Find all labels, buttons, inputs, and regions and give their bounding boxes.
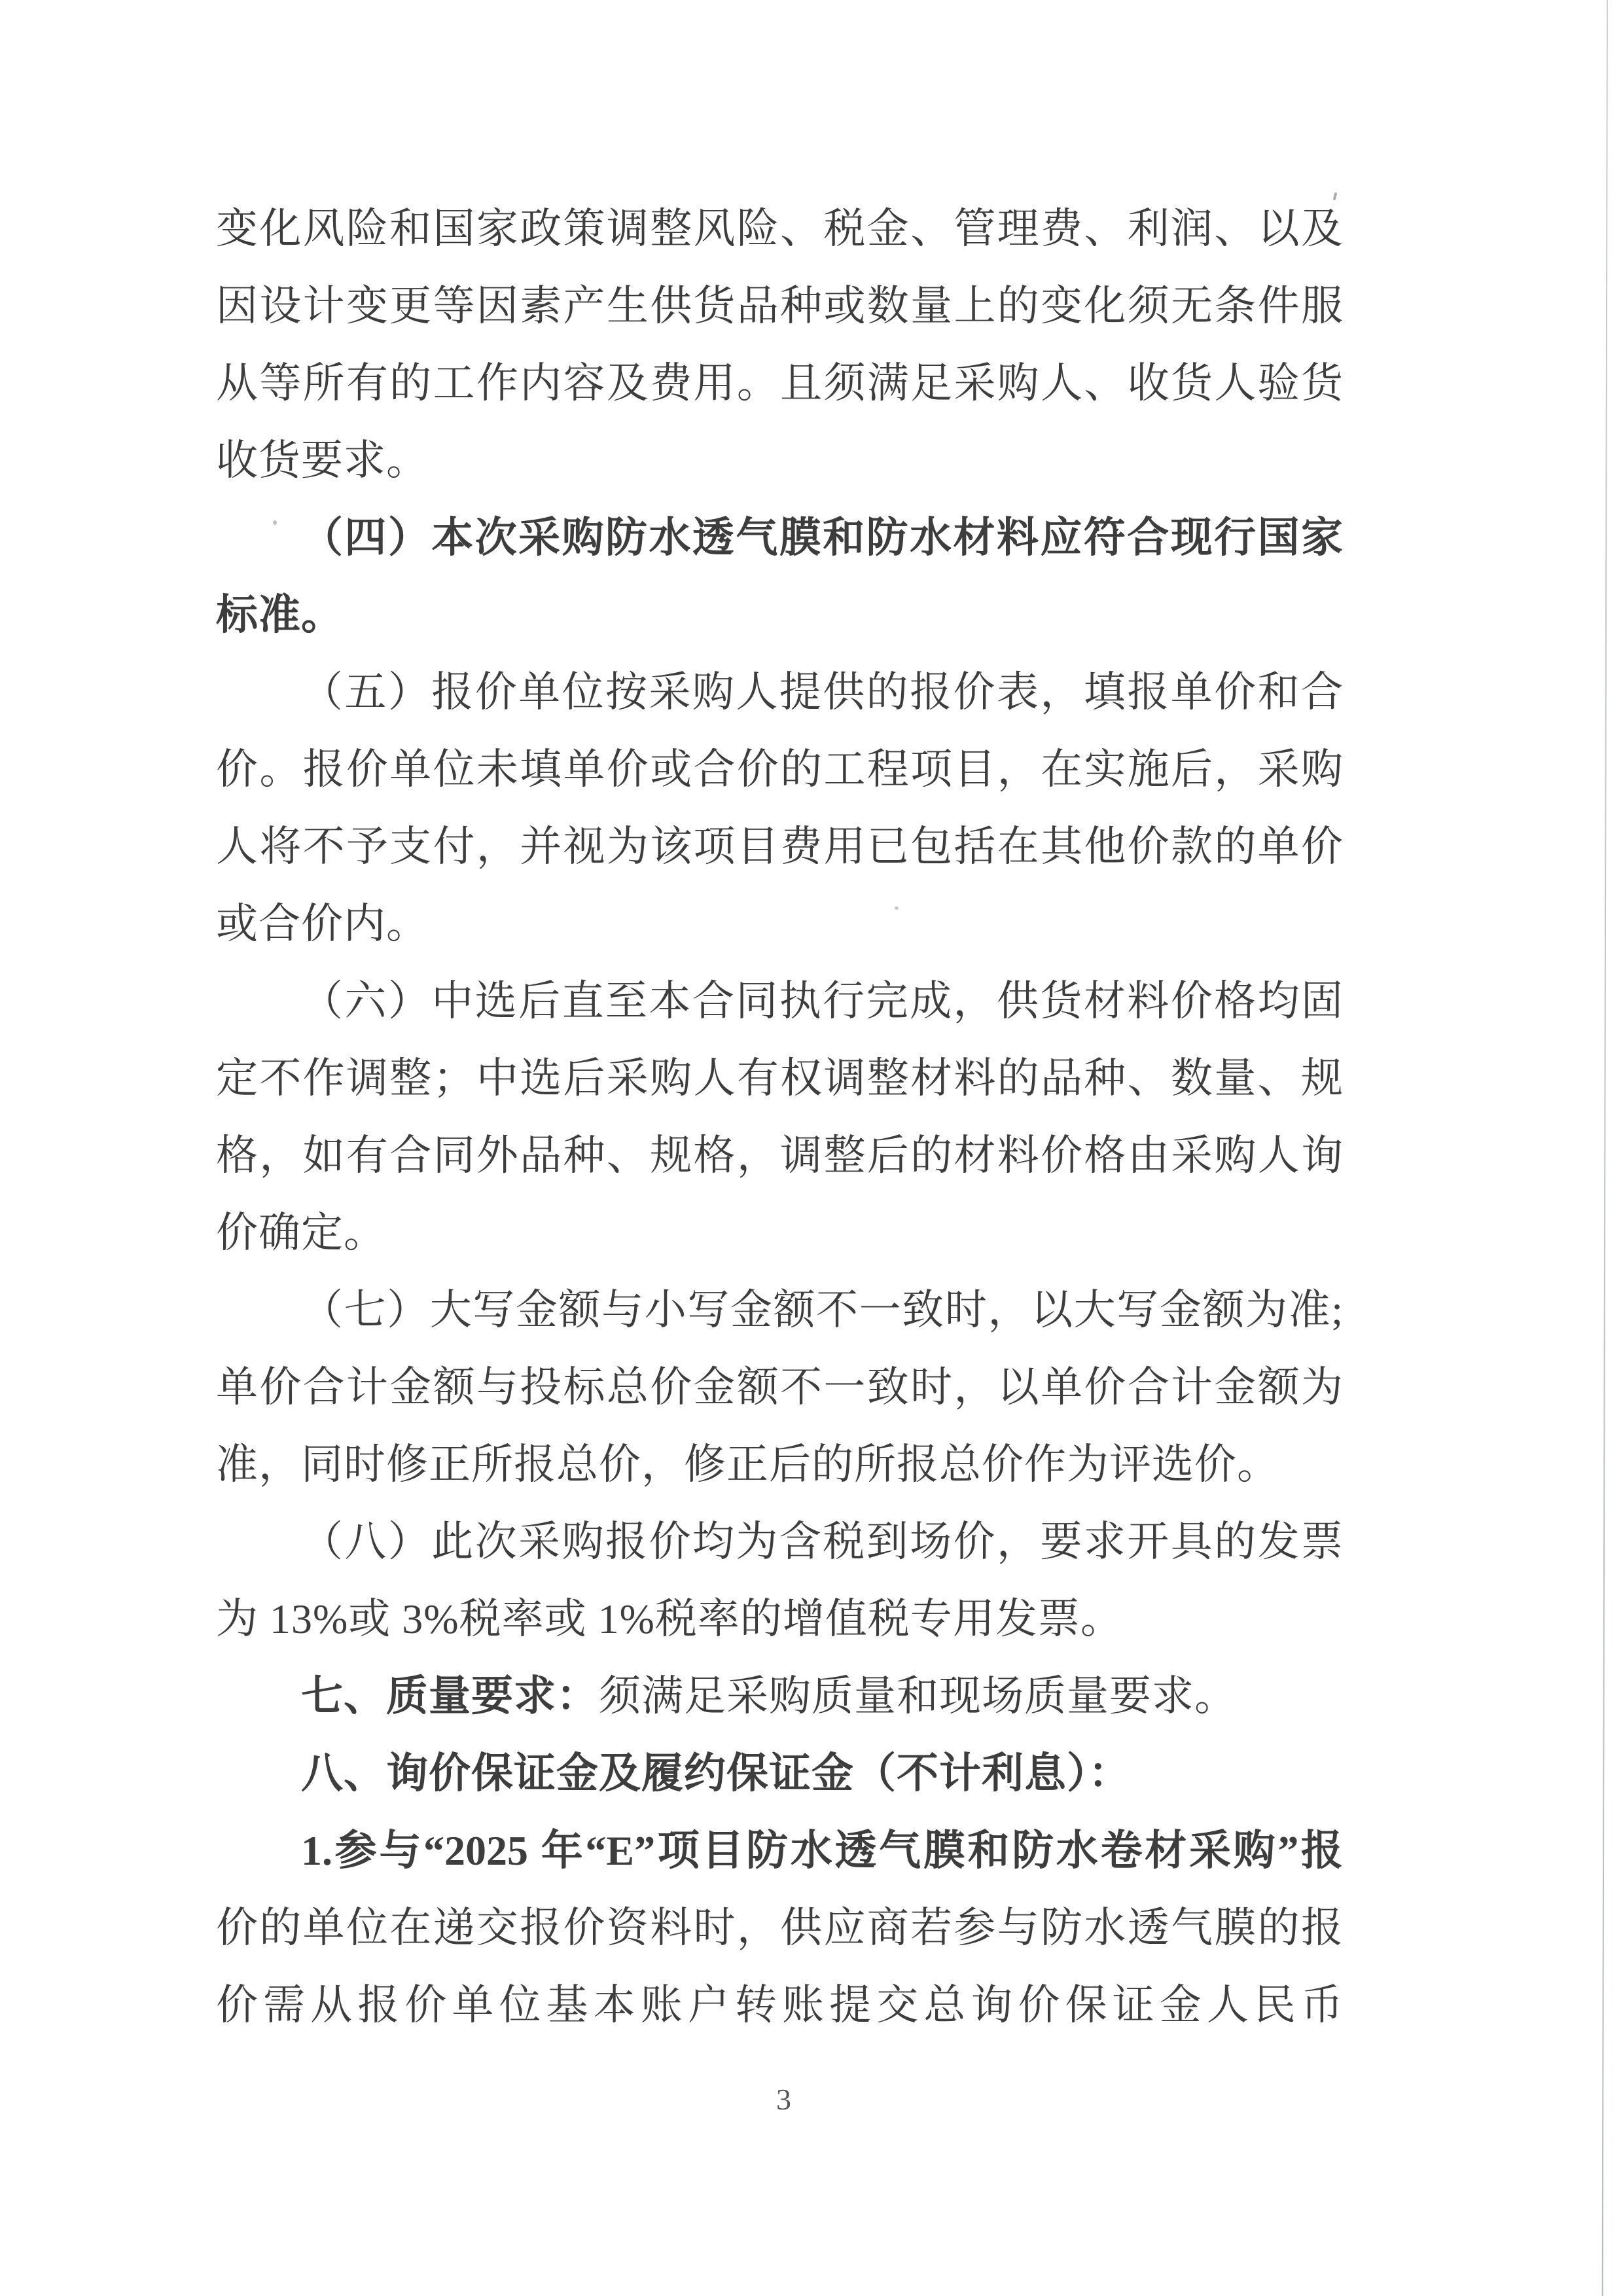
- quality-heading-prefix: 七、质量要求：: [301, 1673, 599, 1719]
- document-text-block: 变化风险和国家政策调整风险、税金、管理费、利润、以及 因设计变更等因素产生供货品…: [216, 190, 1343, 2044]
- text-line: 单价合计金额与投标总价金额不一致时，以单价合计金额为: [216, 1349, 1343, 1426]
- text-line: 为 13%或 3%税率或 1%税率的增值税专用发票。: [216, 1581, 1343, 1658]
- text-line: （八）此次采购报价均为含税到场价，要求开具的发票: [216, 1503, 1343, 1581]
- text-line-heading: 八、询价保证金及履约保证金（不计利息）：: [216, 1735, 1343, 1812]
- text-line: （五）报价单位按采购人提供的报价表，填报单价和合: [216, 654, 1343, 731]
- text-line: 人将不予支付，并视为该项目费用已包括在其他价款的单价: [216, 808, 1343, 886]
- text-line-heading: 1.参与“2025 年“E”项目防水透气膜和防水卷材采购”报: [216, 1812, 1343, 1890]
- text-line: 价的单位在递交报价资料时，供应商若参与防水透气膜的报: [216, 1890, 1343, 1967]
- text-line: 变化风险和国家政策调整风险、税金、管理费、利润、以及: [216, 190, 1343, 268]
- text-line: 价需从报价单位基本账户转账提交总询价保证金人民币: [216, 1967, 1343, 2044]
- text-line-heading: 标准。: [216, 577, 1343, 654]
- page-number: 3: [776, 2083, 791, 2117]
- text-line: 价。报价单位未填单价或合价的工程项目，在实施后，采购: [216, 731, 1343, 808]
- text-line-quality-heading: 七、质量要求：须满足采购质量和现场质量要求。: [216, 1658, 1343, 1735]
- text-line-heading: （四）本次采购防水透气膜和防水材料应符合现行国家: [216, 499, 1343, 577]
- text-line: 或合价内。: [216, 886, 1343, 963]
- text-line: 格，如有合同外品种、规格，调整后的材料价格由采购人询: [216, 1117, 1343, 1194]
- document-page: 变化风险和国家政策调整风险、税金、管理费、利润、以及 因设计变更等因素产生供货品…: [0, 0, 1623, 2296]
- text-line: （七）大写金额与小写金额不一致时，以大写金额为准;: [216, 1272, 1343, 1349]
- scan-speck: [273, 520, 277, 525]
- text-line: 准，同时修正所报总价，修正后的所报总价作为评选价。: [216, 1426, 1343, 1503]
- scan-speck: [895, 906, 899, 910]
- quality-heading-rest: 须满足采购质量和现场质量要求。: [599, 1673, 1237, 1719]
- text-line: 收货要求。: [216, 422, 1343, 499]
- text-line: 价确定。: [216, 1194, 1343, 1272]
- text-line: （六）中选后直至本合同执行完成，供货材料价格均固: [216, 963, 1343, 1040]
- text-line: 定不作调整；中选后采购人有权调整材料的品种、数量、规: [216, 1040, 1343, 1117]
- scan-artifact-line: [1602, 0, 1608, 2296]
- text-line: 因设计变更等因素产生供货品种或数量上的变化须无条件服: [216, 268, 1343, 345]
- text-line: 从等所有的工作内容及费用。且须满足采购人、收货人验货: [216, 345, 1343, 422]
